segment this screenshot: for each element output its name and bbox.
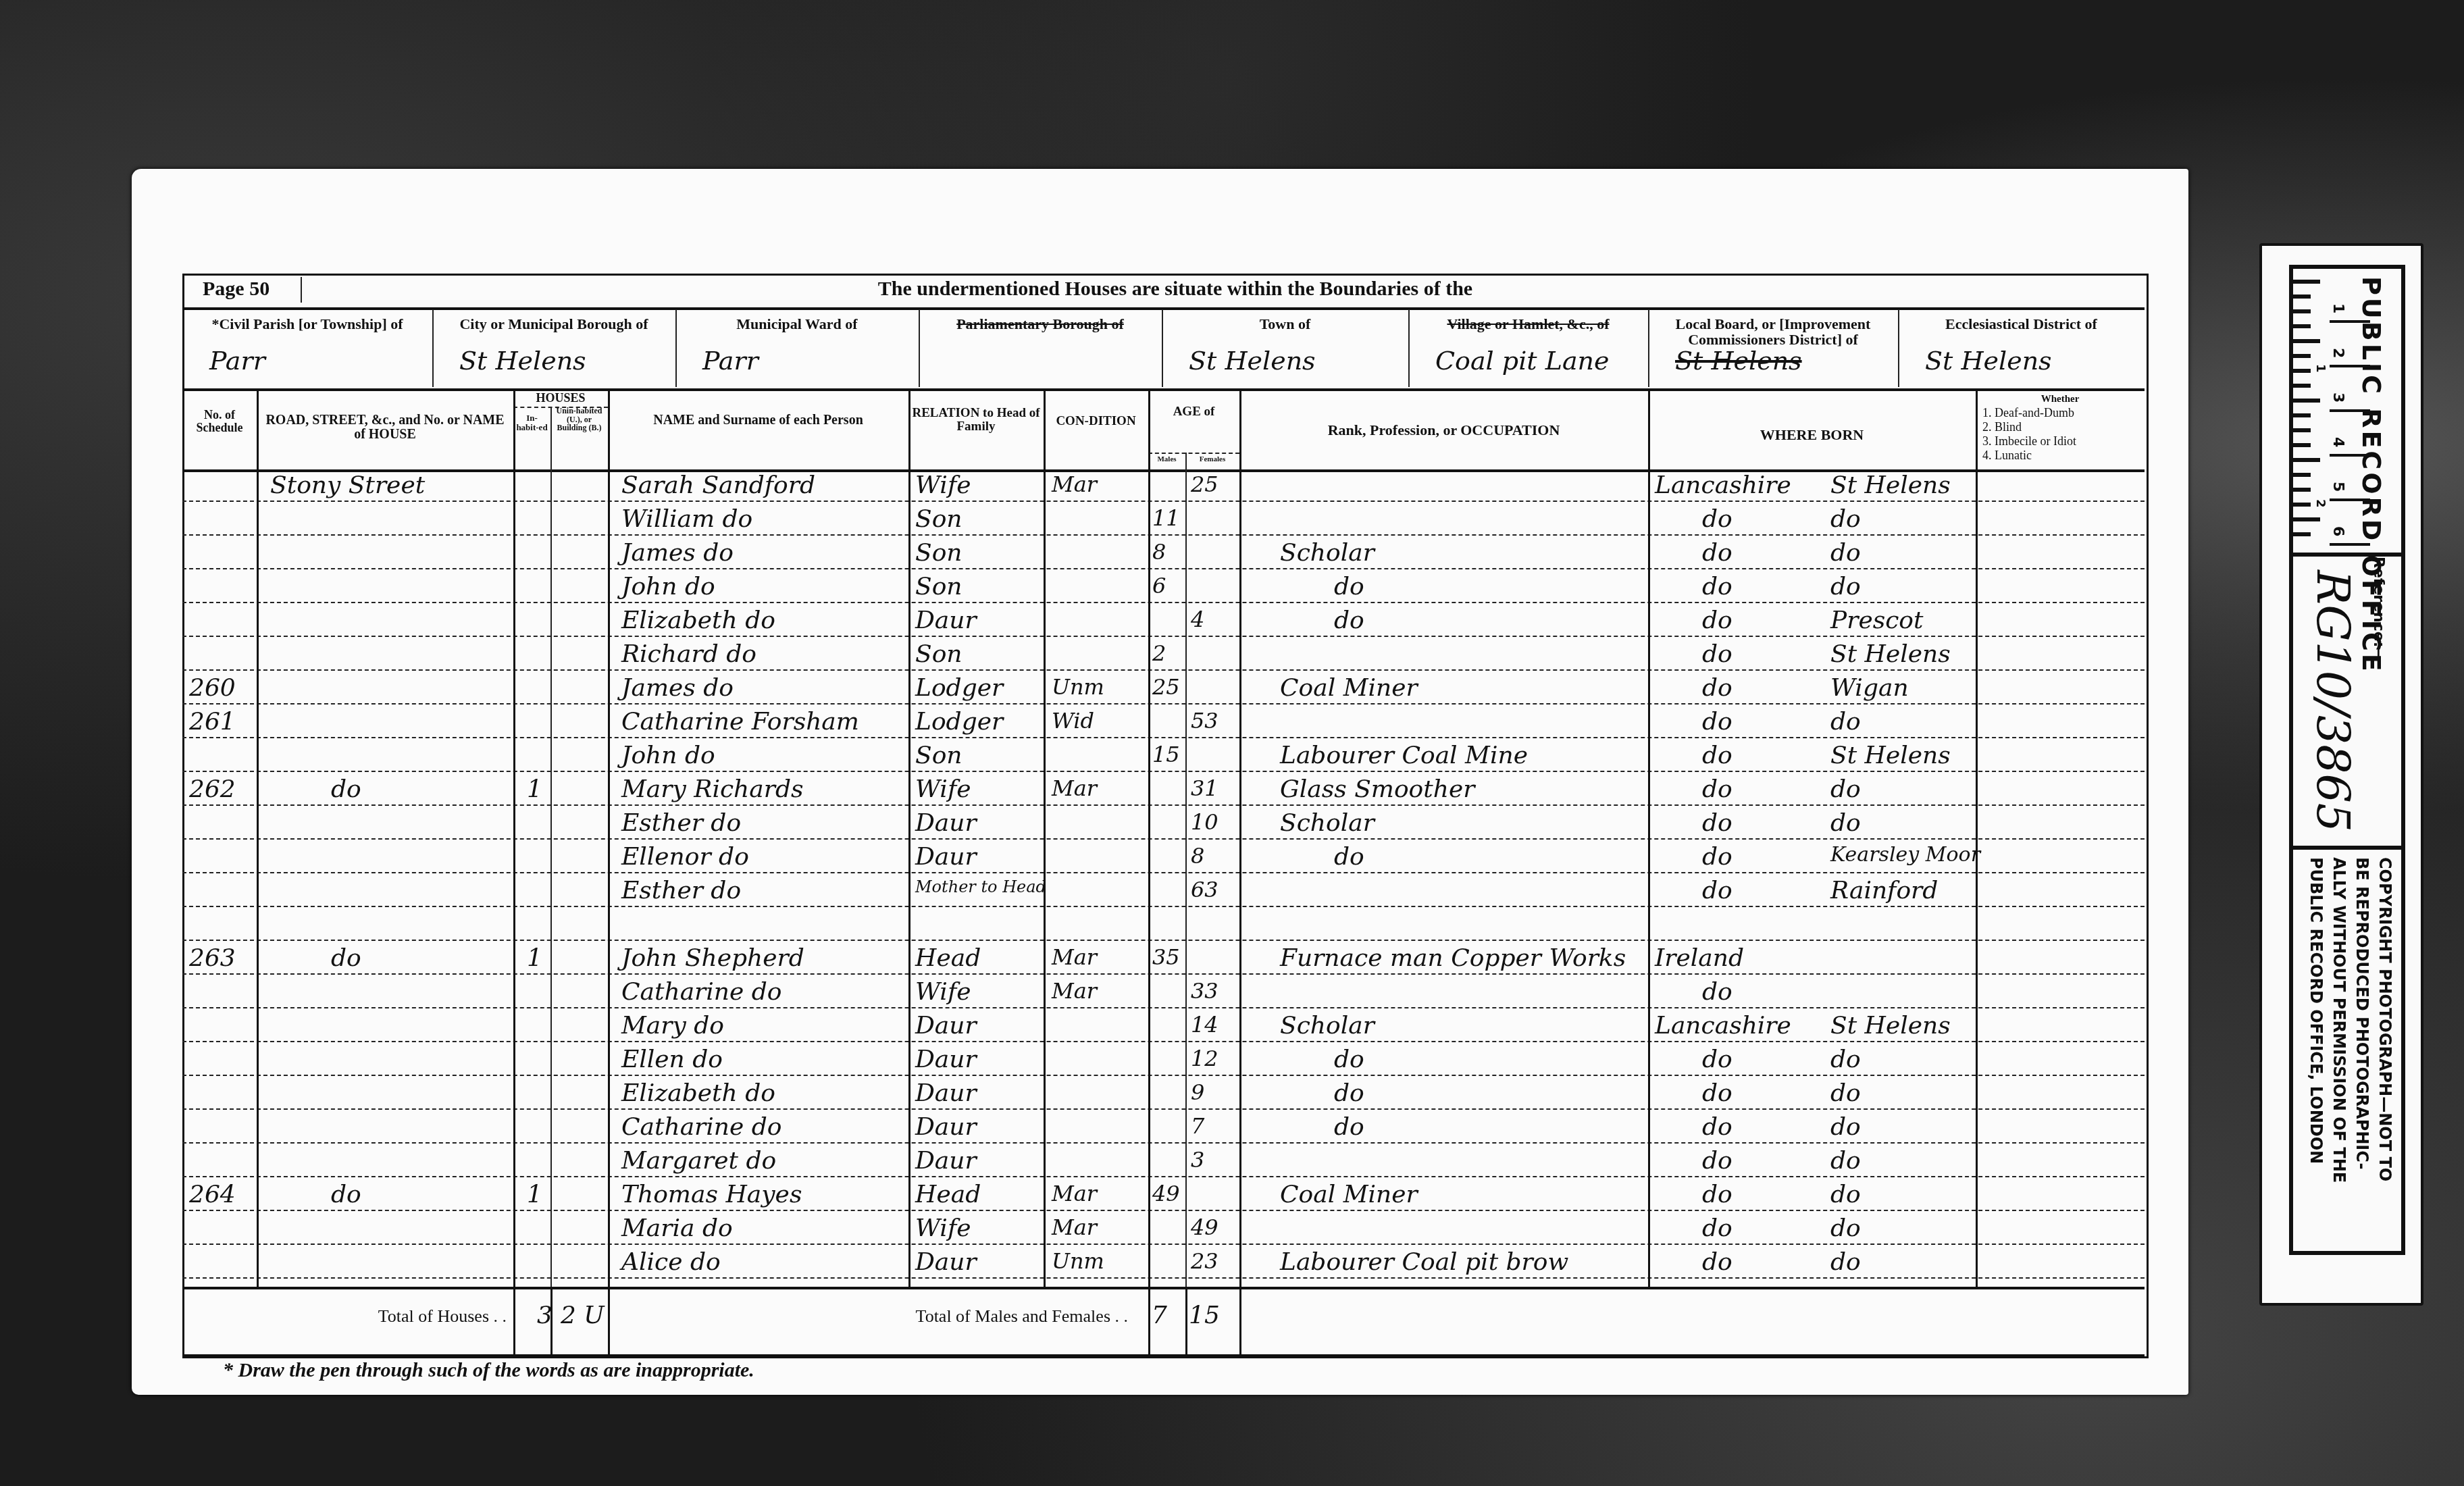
whether-option: 4. Lunatic xyxy=(1982,449,2032,462)
scale-divider xyxy=(2330,454,2370,457)
row-rule xyxy=(182,602,2145,603)
cell-occupation: Glass Smoother xyxy=(1280,777,1474,802)
cell-condition: Mar xyxy=(1052,777,1097,799)
cell-condition: Mar xyxy=(1052,946,1097,968)
column-header-name: NAME and Surname of each Person xyxy=(611,413,906,428)
cell-name: John do xyxy=(621,744,715,768)
rule xyxy=(182,307,2145,310)
cell-born_place: do xyxy=(1830,811,1861,836)
totals-line xyxy=(513,1287,515,1354)
ruler-tick xyxy=(2293,517,2320,521)
rule xyxy=(182,1287,2145,1289)
column-header-schedule: No. of Schedule xyxy=(185,409,254,434)
cell-schedule: 261 xyxy=(189,710,236,734)
cell-born_county: do xyxy=(1702,1048,1732,1072)
cell-relation: Daur xyxy=(915,845,977,869)
cell-born_place: Kearsley Moor xyxy=(1830,845,1980,865)
cell-relation: Son xyxy=(915,744,962,768)
cell-female: 8 xyxy=(1191,845,1204,867)
cell-schedule: 264 xyxy=(189,1183,236,1207)
ruler-tick xyxy=(2293,384,2311,388)
column-header-occupation: Rank, Profession, or OCCUPATION xyxy=(1242,422,1645,438)
cell-name: Mary do xyxy=(621,1014,724,1038)
cell-born_county: Lancashire xyxy=(1655,1014,1791,1038)
scale-number: 6 xyxy=(2330,526,2346,536)
cell-born_place: St Helens xyxy=(1830,1014,1951,1038)
row-rule xyxy=(182,703,2145,704)
ruler-tick xyxy=(2293,413,2311,417)
column-header-age: AGE of xyxy=(1151,405,1237,419)
cell-female: 3 xyxy=(1191,1149,1204,1171)
cell-name: Esther do xyxy=(621,879,741,903)
row-rule xyxy=(182,669,2145,671)
column-header-males: Males xyxy=(1151,456,1183,464)
column-header-condition: CON-DITION xyxy=(1046,415,1146,428)
cell-name: Esther do xyxy=(621,811,741,836)
cell-born_county: do xyxy=(1702,676,1732,700)
cell-inh: 1 xyxy=(527,946,542,971)
cell-condition: Unm xyxy=(1052,676,1104,698)
district-divider xyxy=(1162,309,1163,387)
district-divider xyxy=(919,309,920,387)
cell-schedule: 260 xyxy=(189,676,236,700)
cell-schedule: 262 xyxy=(189,777,236,802)
totals-line xyxy=(550,1287,553,1354)
banner-text: The undermentioned Houses are situate wi… xyxy=(821,278,1530,300)
cell-name: Catharine do xyxy=(621,1115,782,1139)
ruler-tick xyxy=(2293,458,2320,462)
column-line xyxy=(513,388,515,1287)
cell-born_county: do xyxy=(1702,744,1732,768)
cell-female: 9 xyxy=(1191,1081,1204,1103)
table-row xyxy=(182,976,2145,1010)
cell-female: 31 xyxy=(1191,777,1218,799)
footnote: * Draw the pen through such of the words… xyxy=(223,1359,754,1382)
totals-line xyxy=(608,1287,610,1354)
scale-number: 5 xyxy=(2330,482,2346,492)
reference-label: Reference:— xyxy=(2370,557,2387,663)
cell-male: 15 xyxy=(1152,744,1180,765)
cell-relation: Son xyxy=(915,507,962,532)
total-persons-label: Total of Males and Females . . xyxy=(831,1307,1128,1325)
row-rule xyxy=(182,534,2145,536)
cell-female: 63 xyxy=(1191,879,1218,900)
cell-born_place: do xyxy=(1830,710,1861,734)
table-row xyxy=(182,908,2145,942)
rule xyxy=(182,388,2145,391)
column-header-females: Females xyxy=(1188,456,1237,464)
totals-line xyxy=(1239,1287,1241,1354)
district-value: Coal pit Lane xyxy=(1435,348,1610,374)
total-houses-uninhabited: 2 U xyxy=(561,1304,605,1328)
cell-female: 33 xyxy=(1191,980,1218,1002)
column-line xyxy=(908,388,910,1287)
row-rule xyxy=(182,737,2145,738)
cell-born_place: St Helens xyxy=(1830,642,1951,667)
cell-name: Margaret do xyxy=(621,1149,776,1173)
age-divider xyxy=(1148,453,1239,454)
district-value: St Helens xyxy=(1925,348,2052,374)
row-rule xyxy=(182,1075,2145,1076)
cell-name: Elizabeth do xyxy=(621,1081,775,1106)
ruler-tick xyxy=(2293,339,2320,343)
cell-born_place: do xyxy=(1830,575,1861,599)
district-divider xyxy=(675,309,677,387)
scale-number: 2 xyxy=(2330,348,2346,358)
row-rule xyxy=(182,1142,2145,1144)
cell-relation: Daur xyxy=(915,1048,977,1072)
cell-occupation: Scholar xyxy=(1280,541,1375,565)
scale-number: 4 xyxy=(2330,437,2346,447)
column-header-uninhabited: Unin-habited (U.), or Building (B.) xyxy=(553,407,605,432)
cell-born_place: do xyxy=(1830,1081,1861,1106)
cell-relation: Son xyxy=(915,642,962,667)
cell-name: John Shepherd xyxy=(621,946,804,971)
cell-occupation: do xyxy=(1334,1115,1364,1139)
copyright-line: BE REPRODUCED PHOTOGRAPHIC- xyxy=(2353,857,2371,1169)
cell-relation: Lodger xyxy=(915,676,1003,700)
houses-divider xyxy=(513,407,608,408)
ruler-tick xyxy=(2293,309,2311,313)
cell-born_county: do xyxy=(1702,642,1732,667)
cell-road: do xyxy=(331,777,361,802)
district-value: St Helens xyxy=(1189,348,1316,374)
row-rule xyxy=(182,1108,2145,1110)
district-label: Local Board, or [Improvement Commissione… xyxy=(1653,316,1893,347)
cell-occupation: Furnace man Copper Works xyxy=(1280,946,1626,971)
cell-name: James do xyxy=(621,541,734,565)
scale-divider xyxy=(2330,365,2370,367)
column-line xyxy=(1239,388,1241,1287)
cell-road: do xyxy=(331,1183,361,1207)
cell-occupation: Coal Miner xyxy=(1280,1183,1418,1207)
column-line xyxy=(257,388,259,1287)
row-rule xyxy=(182,568,2145,569)
totals-line xyxy=(1185,1287,1187,1354)
ruler-tick xyxy=(2293,473,2311,477)
column-header-relation: RELATION to Head of Family xyxy=(911,407,1041,434)
row-rule xyxy=(182,1277,2145,1279)
ruler-strip: PUBLIC RECORD OFFICE 12345612 Reference:… xyxy=(2259,243,2423,1306)
column-line xyxy=(608,388,610,1287)
cell-road: Stony Street xyxy=(270,473,425,498)
cell-occupation: do xyxy=(1334,575,1364,599)
cell-born_county: do xyxy=(1702,1183,1732,1207)
district-label: Municipal Ward of xyxy=(681,316,913,332)
cell-born_county: do xyxy=(1702,710,1732,734)
cell-name: Richard do xyxy=(621,642,756,667)
cell-born_county: do xyxy=(1702,811,1732,836)
cell-born_county: do xyxy=(1702,845,1732,869)
cell-born_county: do xyxy=(1702,879,1732,903)
cell-relation: Wife xyxy=(915,980,971,1004)
cell-relation: Wife xyxy=(915,473,971,498)
cell-born_county: do xyxy=(1702,1250,1732,1275)
cell-born_county: Ireland xyxy=(1655,946,1744,971)
ruler-tick xyxy=(2293,280,2320,284)
cell-female: 7 xyxy=(1191,1115,1204,1137)
cell-relation: Daur xyxy=(915,1149,977,1173)
cell-born_county: do xyxy=(1702,575,1732,599)
cell-born_place: do xyxy=(1830,507,1861,532)
cell-relation: Daur xyxy=(915,1250,977,1275)
cell-name: Elizabeth do xyxy=(621,609,775,633)
row-rule xyxy=(182,906,2145,907)
cell-name: Alice do xyxy=(621,1250,721,1275)
cell-born_county: do xyxy=(1702,1149,1732,1173)
cell-name: Ellenor do xyxy=(621,845,749,869)
district-divider xyxy=(1898,309,1899,387)
ruler-tick xyxy=(2293,324,2311,328)
cell-relation: Wife xyxy=(915,1216,971,1241)
total-males: 7 xyxy=(1152,1304,1167,1328)
cell-born_place: Wigan xyxy=(1830,676,1909,700)
cell-condition: Mar xyxy=(1052,1183,1097,1204)
whether-option: 2. Blind xyxy=(1982,421,2022,434)
cell-occupation: do xyxy=(1334,609,1364,633)
cell-female: 53 xyxy=(1191,710,1218,732)
cell-occupation: Labourer Coal pit brow xyxy=(1280,1250,1568,1275)
cell-born_county: do xyxy=(1702,609,1732,633)
cell-female: 12 xyxy=(1191,1048,1218,1069)
cell-name: Ellen do xyxy=(621,1048,723,1072)
cell-condition: Mar xyxy=(1052,980,1097,1002)
copyright-line: PUBLIC RECORD OFFICE, LONDON xyxy=(2307,857,2326,1164)
row-rule xyxy=(182,872,2145,873)
ruler-tick xyxy=(2293,428,2311,432)
cell-relation: Wife xyxy=(915,777,971,802)
row-rule xyxy=(182,940,2145,941)
column-header-road: ROAD, STREET, &c., and No. or NAME of HO… xyxy=(259,413,511,442)
copyright-line: ALLY WITHOUT PERMISSION OF THE xyxy=(2330,857,2348,1183)
cell-relation: Head xyxy=(915,1183,981,1207)
cell-born_place: do xyxy=(1830,1250,1861,1275)
scale-divider xyxy=(2330,409,2370,412)
inch-mark: 1 xyxy=(2313,364,2328,373)
row-rule xyxy=(182,636,2145,637)
cell-male: 35 xyxy=(1152,946,1180,968)
cell-born_county: do xyxy=(1702,1081,1732,1106)
row-rule xyxy=(182,1210,2145,1211)
cell-born_county: do xyxy=(1702,541,1732,565)
cell-born_place: do xyxy=(1830,1115,1861,1139)
cell-born_county: do xyxy=(1702,777,1732,802)
cell-relation: Lodger xyxy=(915,710,1003,734)
cell-born_place: do xyxy=(1830,1149,1861,1173)
cell-name: Mary Richards xyxy=(621,777,803,802)
row-rule xyxy=(182,1007,2145,1008)
cell-condition: Mar xyxy=(1052,1216,1097,1238)
cell-relation: Daur xyxy=(915,811,977,836)
cell-female: 14 xyxy=(1191,1014,1218,1035)
cell-name: Sarah Sandford xyxy=(621,473,815,498)
cell-born_place: Rainford xyxy=(1830,879,1938,903)
cell-relation: Daur xyxy=(915,609,977,633)
cell-female: 10 xyxy=(1191,811,1218,833)
cell-condition: Mar xyxy=(1052,473,1097,495)
cell-road: do xyxy=(331,946,361,971)
whether-option: 3. Imbecile or Idiot xyxy=(1982,435,2076,448)
scale-number: 3 xyxy=(2330,392,2346,403)
cell-born_place: do xyxy=(1830,541,1861,565)
column-line-minor xyxy=(1185,453,1187,1287)
cell-born_county: do xyxy=(1702,1216,1732,1241)
cell-occupation: do xyxy=(1334,1048,1364,1072)
cell-born_place: St Helens xyxy=(1830,744,1951,768)
total-houses-label: Total of Houses . . xyxy=(317,1307,507,1325)
ruler-tick xyxy=(2293,354,2311,358)
ruler-tick xyxy=(2293,503,2311,507)
scale-divider xyxy=(2330,320,2370,323)
cell-occupation: do xyxy=(1334,1081,1364,1106)
district-label: *Civil Parish [or Township] of xyxy=(188,316,427,332)
cell-born_place: Prescot xyxy=(1830,609,1924,633)
district-value: St Helens xyxy=(459,348,586,374)
scale-divider xyxy=(2330,498,2370,501)
cell-occupation: Labourer Coal Mine xyxy=(1280,744,1528,768)
column-line xyxy=(1976,388,1978,1287)
ruler-tick xyxy=(2293,399,2320,403)
cell-relation: Daur xyxy=(915,1081,977,1106)
ruler-tick xyxy=(2293,369,2311,373)
district-label: Ecclesiastical District of xyxy=(1903,316,2139,332)
cell-relation: Daur xyxy=(915,1014,977,1038)
cell-male: 49 xyxy=(1152,1183,1180,1204)
cell-male: 25 xyxy=(1152,676,1180,698)
cell-inh: 1 xyxy=(527,777,542,802)
column-header-houses: HOUSES xyxy=(516,392,605,405)
cell-relation: Son xyxy=(915,541,962,565)
row-rule xyxy=(182,1244,2145,1245)
reference-value: RG10/3865 xyxy=(2306,570,2359,832)
page-number-divider xyxy=(301,277,302,303)
district-value: St Helens xyxy=(1675,348,1802,374)
cell-born_place: do xyxy=(1830,1183,1861,1207)
cell-name: Catharine do xyxy=(621,980,782,1004)
cell-name: Catharine Forsham xyxy=(621,710,859,734)
district-label: Town of xyxy=(1167,316,1403,332)
row-rule xyxy=(182,1041,2145,1042)
row-rule xyxy=(182,1176,2145,1177)
total-females: 15 xyxy=(1189,1304,1220,1328)
cell-condition: Unm xyxy=(1052,1250,1104,1272)
row-rule xyxy=(182,771,2145,772)
district-value: Parr xyxy=(209,348,265,374)
cell-occupation: do xyxy=(1334,845,1364,869)
cell-name: William do xyxy=(621,507,752,532)
district-value: Parr xyxy=(702,348,759,374)
whether-option: 1. Deaf-and-Dumb xyxy=(1982,407,2074,419)
cell-male: 11 xyxy=(1152,507,1180,529)
copyright-line: COPYRIGHT PHOTOGRAPH—NOT TO xyxy=(2376,857,2394,1181)
column-header-inhabited: In-habit-ed xyxy=(516,413,548,432)
column-header-where_born: WHERE BORN xyxy=(1651,427,1973,442)
cell-female: 49 xyxy=(1191,1216,1218,1238)
rule xyxy=(182,1354,2145,1357)
district-label: City or Municipal Borough of xyxy=(438,316,670,332)
cell-female: 25 xyxy=(1191,473,1218,495)
row-rule xyxy=(182,973,2145,975)
cell-relation: Mother to Head xyxy=(915,879,1046,895)
cell-male: 2 xyxy=(1152,642,1166,664)
district-divider xyxy=(432,309,434,387)
cell-born_place: do xyxy=(1830,777,1861,802)
cell-relation: Son xyxy=(915,575,962,599)
cell-born_place: St Helens xyxy=(1830,473,1951,498)
cell-born_county: Lancashire xyxy=(1655,473,1791,498)
scale-number: 1 xyxy=(2330,303,2346,313)
cell-female: 23 xyxy=(1191,1250,1218,1272)
column-line xyxy=(1648,388,1650,1287)
cell-name: John do xyxy=(621,575,715,599)
cell-born_county: do xyxy=(1702,507,1732,532)
row-rule xyxy=(182,501,2145,502)
cell-name: Maria do xyxy=(621,1216,733,1241)
inch-mark: 2 xyxy=(2313,499,2328,508)
column-line xyxy=(1148,388,1150,1287)
row-rule xyxy=(182,838,2145,840)
row-rule xyxy=(182,804,2145,806)
ruler-tick xyxy=(2293,294,2311,299)
cell-name: Thomas Hayes xyxy=(621,1183,802,1207)
cell-condition: Wid xyxy=(1052,710,1094,732)
page-number: Page 50 xyxy=(203,278,269,300)
cell-occupation: Scholar xyxy=(1280,811,1375,836)
cell-inh: 1 xyxy=(527,1183,542,1207)
cell-born_place: do xyxy=(1830,1216,1861,1241)
cell-female: 4 xyxy=(1191,609,1204,630)
cell-born_place: do xyxy=(1830,1048,1861,1072)
column-header-whether_title: Whether xyxy=(1978,394,2142,405)
cell-male: 8 xyxy=(1152,541,1166,563)
scale-divider xyxy=(2330,543,2370,546)
cell-relation: Head xyxy=(915,946,981,971)
district-label: Village or Hamlet, &c., of xyxy=(1414,316,1643,332)
cell-schedule: 263 xyxy=(189,946,236,971)
ruler-tick xyxy=(2293,488,2311,492)
column-line-minor xyxy=(550,407,552,1287)
cell-occupation: Coal Miner xyxy=(1280,676,1418,700)
district-divider xyxy=(1408,309,1410,387)
cell-born_county: do xyxy=(1702,1115,1732,1139)
district-label: Parliamentary Borough of xyxy=(924,316,1156,332)
cell-male: 6 xyxy=(1152,575,1166,596)
totals-line xyxy=(1148,1287,1150,1354)
cell-relation: Daur xyxy=(915,1115,977,1139)
column-line xyxy=(1044,388,1046,1287)
ruler-tick xyxy=(2293,532,2311,536)
ruler-tick xyxy=(2293,443,2311,447)
cell-born_county: do xyxy=(1702,980,1732,1004)
cell-name: James do xyxy=(621,676,734,700)
cell-occupation: Scholar xyxy=(1280,1014,1375,1038)
district-divider xyxy=(1648,309,1649,387)
